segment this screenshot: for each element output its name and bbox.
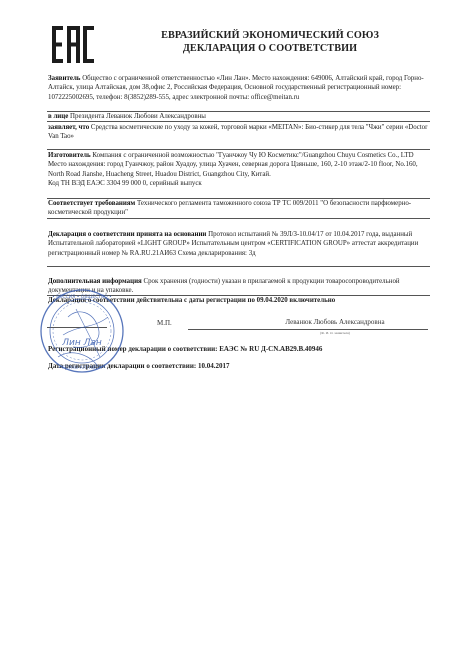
conforms-label: Соответствует требованиям: [48, 200, 135, 207]
manufacturer-text: Компания с ограниченной возможностью "Гу…: [91, 152, 414, 159]
signatory-name: Леванюк Любовь Александровна: [255, 318, 415, 326]
divider: [47, 266, 430, 267]
applicant-text: Общество с ограниченной ответственностью…: [48, 75, 424, 101]
additional-label: Дополнительная информация: [48, 278, 142, 285]
title-declaration: ДЕКЛАРАЦИЯ О СООТВЕТСТВИИ: [130, 43, 410, 56]
svg-text:• РОССИЯ • ОБЩЕСТВО •: • РОССИЯ • ОБЩЕСТВО •: [52, 294, 112, 300]
declares-section: заявляет, что Средства косметические по …: [48, 123, 432, 142]
basis-label: Декларация о соответствии принята на осн…: [48, 231, 206, 238]
basis-section: Декларация о соответствии принята на осн…: [48, 230, 432, 258]
declares-text: Средства косметические по уходу за кожей…: [48, 124, 427, 140]
applicant-section: Заявитель Общество с ограниченной ответс…: [48, 74, 432, 102]
manufacturer-address: Место нахождения: город Гуанчжоу, район …: [48, 160, 432, 179]
registration-number-value: ЕАЭС № RU Д-CN.АВ29.В.40946: [218, 345, 323, 353]
signatory-caption: (Ф. И. О. заявителя): [255, 331, 415, 335]
represented-by-text: Президента Леванюк Любови Александровны: [68, 113, 206, 120]
divider: [47, 218, 430, 219]
registration-date-value: 10.04.2017: [196, 362, 229, 370]
manufacturer-label: Изготовитель: [48, 152, 91, 159]
manufacturer-section: Изготовитель Компания с ограниченной воз…: [48, 151, 432, 188]
svg-text:• ГОРНО-АЛТАЙСК •: • ГОРНО-АЛТАЙСК •: [58, 364, 106, 371]
represented-by-label: в лице: [48, 113, 68, 120]
eac-logo-icon: [52, 26, 94, 63]
divider: [47, 121, 430, 122]
applicant-label: Заявитель: [48, 75, 80, 82]
divider: [47, 149, 430, 150]
seal-center-text: Лин Лан: [61, 338, 102, 348]
stamp-place-label: М.П.: [157, 319, 172, 327]
signature-line: [188, 329, 428, 330]
title-union: ЕВРАЗИЙСКИЙ ЭКОНОМИЧЕСКИЙ СОЮЗ: [130, 30, 410, 43]
conforms-section: Соответствует требованиям Технического р…: [48, 199, 432, 218]
document-title: ЕВРАЗИЙСКИЙ ЭКОНОМИЧЕСКИЙ СОЮЗ ДЕКЛАРАЦИ…: [130, 30, 410, 55]
declares-label: заявляет, что: [48, 124, 89, 131]
represented-by-section: в лице Президента Леванюк Любови Алексан…: [48, 112, 432, 121]
product-code: Код ТН ВЭД ЕАЭС 3304 99 000 0, серийный …: [48, 179, 432, 188]
company-seal-icon: Лин Лан • РОССИЯ • ОБЩЕСТВО • • ГОРНО-АЛ…: [38, 287, 126, 375]
